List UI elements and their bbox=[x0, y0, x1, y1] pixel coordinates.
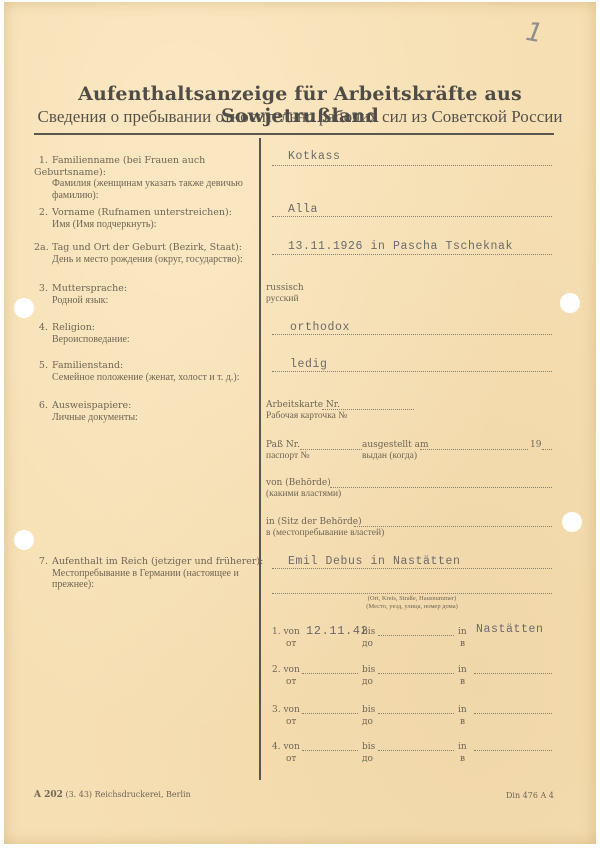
field-4-label: 4.Religion: Вероисповедание: bbox=[34, 322, 259, 345]
birth-line bbox=[272, 254, 552, 255]
field-7-label: 7.Aufenthalt im Reich (jetziger und früh… bbox=[34, 556, 264, 591]
field-5-label: 5.Familienstand: Семейное положение (жен… bbox=[34, 360, 264, 383]
form-code: A 202 (3. 43) Reichsdruckerei, Berlin bbox=[34, 790, 191, 800]
marital-line bbox=[272, 371, 552, 372]
authority-seat-label: in (Sitz der Behörde) в (местопребывание… bbox=[266, 517, 384, 539]
authority-label: von (Behörde) (какими властями) bbox=[266, 478, 341, 500]
to-date-4[interactable] bbox=[378, 750, 454, 751]
field-6-label: 6.Ausweispapiere: Личные документы: bbox=[34, 400, 259, 423]
religion-value[interactable]: orthodox bbox=[290, 321, 350, 334]
marital-status-value[interactable]: ledig bbox=[290, 358, 328, 371]
year-prefix: 19 bbox=[530, 440, 541, 451]
residence-line-2[interactable] bbox=[272, 593, 552, 594]
place-2[interactable] bbox=[474, 673, 552, 674]
year-line[interactable] bbox=[542, 449, 552, 450]
document-page bbox=[4, 2, 596, 844]
field-2a-label: 2a.Tag und Ort der Geburt (Bezirk, Staat… bbox=[34, 242, 264, 265]
issued-label: ausgestellt am выдан (когда) bbox=[362, 440, 429, 462]
to-date-3[interactable] bbox=[378, 713, 454, 714]
surname-value[interactable]: Kotkass bbox=[288, 150, 341, 163]
din-format: Din 476 A 4 bbox=[506, 791, 554, 800]
authority-line[interactable] bbox=[330, 487, 552, 488]
to-date-2[interactable] bbox=[378, 673, 454, 674]
to-date-1[interactable] bbox=[378, 635, 454, 636]
punch-hole bbox=[14, 298, 34, 318]
residence-value[interactable]: Emil Debus in Nastätten bbox=[288, 555, 461, 568]
first-name-line bbox=[272, 216, 552, 217]
punch-hole bbox=[562, 512, 582, 532]
passport-label: Paß Nr. паспорт № bbox=[266, 440, 310, 462]
place-1[interactable]: Nastätten bbox=[476, 623, 544, 636]
residence-caption: (Ort, Kreis, Straße, Hausnummer) (Место,… bbox=[272, 595, 552, 611]
from-date-4[interactable] bbox=[302, 750, 358, 751]
work-card-label: Arbeitskarte Nr. Рабочая карточка № bbox=[266, 400, 347, 422]
mother-tongue-value: russisch русский bbox=[266, 283, 304, 305]
header-rule bbox=[34, 133, 554, 135]
surname-line bbox=[272, 165, 552, 166]
punch-hole bbox=[14, 530, 34, 550]
place-4[interactable] bbox=[474, 750, 552, 751]
residence-line-1 bbox=[272, 568, 552, 569]
field-1-label: 1.Familienname (bei Frauen auch Geburtsn… bbox=[34, 155, 259, 201]
from-date-3[interactable] bbox=[302, 713, 358, 714]
issued-line[interactable] bbox=[420, 449, 528, 450]
religion-line bbox=[272, 334, 552, 335]
place-3[interactable] bbox=[474, 713, 552, 714]
from-date-2[interactable] bbox=[302, 673, 358, 674]
passport-line[interactable] bbox=[300, 449, 362, 450]
column-divider bbox=[259, 138, 261, 780]
work-card-line[interactable] bbox=[322, 409, 414, 410]
field-3-label: 3.Muttersprache: Родной язык: bbox=[34, 283, 259, 306]
punch-hole bbox=[560, 293, 580, 313]
authority-seat-line[interactable] bbox=[354, 526, 552, 527]
first-name-value[interactable]: Alla bbox=[288, 203, 318, 216]
title-russian: Сведения о пребывании относительно рабоч… bbox=[0, 107, 600, 127]
from-date-1[interactable]: 12.11.42 bbox=[306, 624, 368, 638]
birth-date-place-value[interactable]: 13.11.1926 in Pascha Tscheknak bbox=[288, 240, 513, 253]
field-2-label: 2.Vorname (Rufnamen unterstreichen): Имя… bbox=[34, 207, 259, 230]
